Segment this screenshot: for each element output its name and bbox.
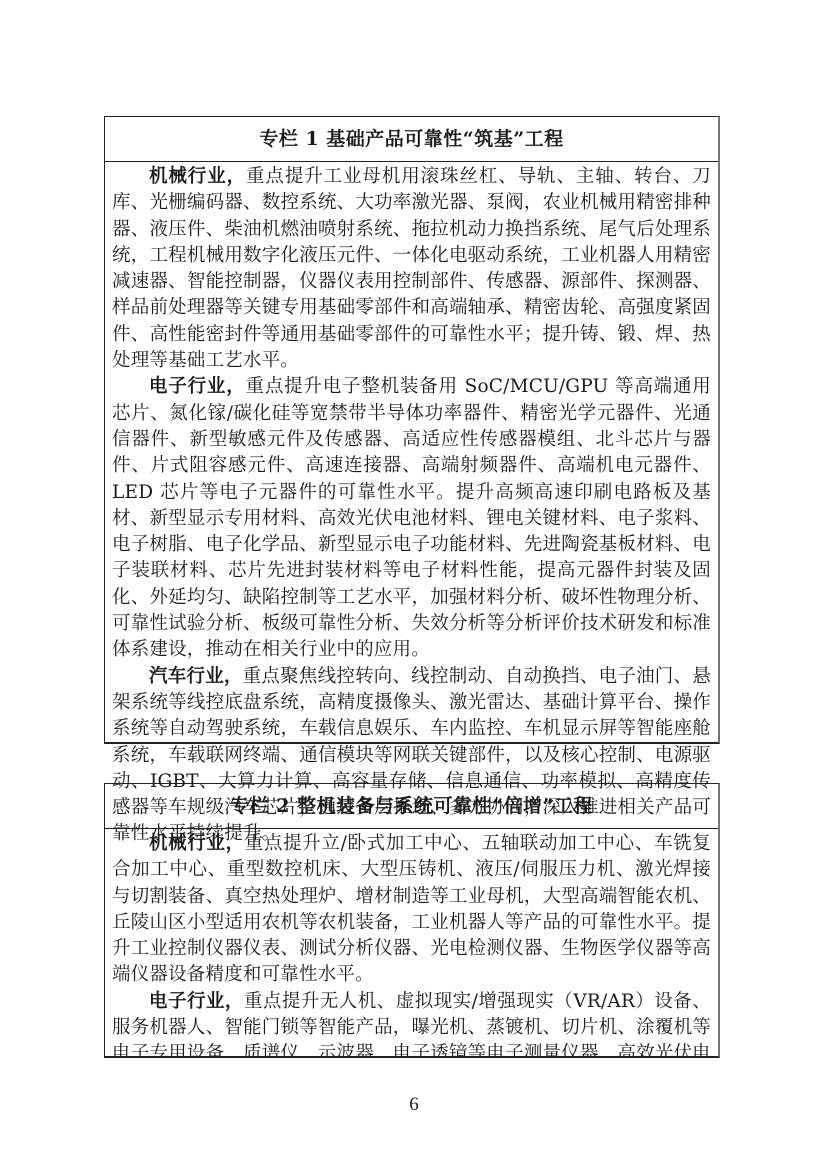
column-title: 专栏 2 整机装备与系统可靠性“倍增”工程	[105, 784, 718, 829]
paragraph-lead: 汽车行业，	[149, 666, 243, 687]
column-body: 机械行业，重点提升立/卧式加工中心、五轴联动加工中心、车铣复合加工中心、重型数控…	[105, 829, 718, 1058]
page-number: 6	[0, 1094, 828, 1116]
paragraph-machinery: 机械行业，重点提升立/卧式加工中心、五轴联动加工中心、车铣复合加工中心、重型数控…	[112, 831, 711, 989]
column-box-2: 专栏 2 整机装备与系统可靠性“倍增”工程 机械行业，重点提升立/卧式加工中心、…	[104, 783, 720, 1058]
paragraph-electronics: 电子行业，重点提升无人机、虚拟现实/增强现实（VR/AR）设备、服务机器人、智能…	[112, 989, 711, 1058]
paragraph-text: 重点提升工业母机用滚珠丝杠、导轨、主轴、转台、刀库、光栅编码器、数控系统、大功率…	[112, 166, 711, 371]
paragraph-lead: 电子行业，	[149, 376, 246, 397]
paragraph-lead: 机械行业，	[149, 166, 246, 187]
paragraph-lead: 机械行业，	[149, 833, 245, 854]
paragraph-electronics: 电子行业，重点提升电子整机装备用 SoC/MCU/GPU 等高端通用芯片、氮化镓…	[112, 374, 711, 663]
paragraph-machinery: 机械行业，重点提升工业母机用滚珠丝杠、导轨、主轴、转台、刀库、光栅编码器、数控系…	[112, 164, 711, 374]
column-body: 机械行业，重点提升工业母机用滚珠丝杠、导轨、主轴、转台、刀库、光栅编码器、数控系…	[105, 162, 718, 850]
paragraph-lead: 电子行业，	[149, 991, 244, 1012]
column-box-1: 专栏 1 基础产品可靠性“筑基”工程 机械行业，重点提升工业母机用滚珠丝杠、导轨…	[104, 116, 720, 744]
paragraph-text: 重点提升电子整机装备用 SoC/MCU/GPU 等高端通用芯片、氮化镓/碳化硅等…	[112, 376, 711, 660]
column-title: 专栏 1 基础产品可靠性“筑基”工程	[105, 117, 718, 162]
paragraph-text: 重点提升立/卧式加工中心、五轴联动加工中心、车铣复合加工中心、重型数控机床、大型…	[112, 833, 711, 985]
